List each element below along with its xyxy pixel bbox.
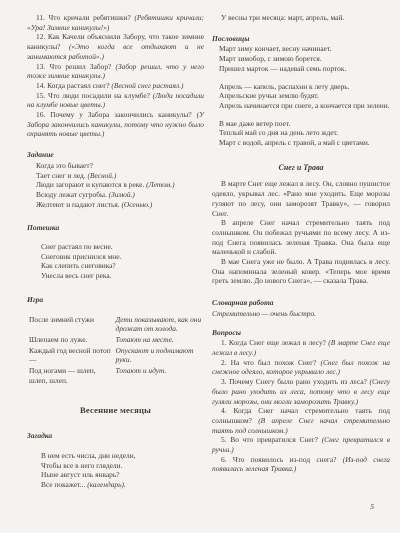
story-paragraph: В апреле Снег начал стремительно таять п…: [212, 218, 390, 257]
proverbs-april: Апрель — капель, распахни к лету дверь. …: [212, 82, 390, 111]
game-verse: Шлепаем по луже.: [27, 335, 112, 345]
game-action: Опускают и поднимают руки.: [112, 346, 204, 365]
qa-item: 6. Что появилось из-под снега? (Из-под с…: [212, 455, 390, 474]
zadanie-item: Всюду лежат сугробы. (Зимой.): [27, 190, 204, 200]
story-paragraph: В мае Снега уже не было. А Трава подняла…: [212, 257, 390, 286]
zadanie-item: Люди загорают и купаются в реке. (Летом.…: [27, 180, 204, 190]
page-number: 5: [370, 502, 374, 511]
answer-text: (Весной снег растаял.): [111, 81, 183, 90]
poteshka-title: Потешка: [27, 223, 204, 233]
game-table: После зимней стужи Дети показывают, как …: [27, 315, 204, 386]
qa-item: 11. Что кричали ребятишки? (Ребятишки кр…: [27, 13, 204, 32]
book-page: 11. Что кричали ребятишки? (Ребятишки кр…: [0, 0, 400, 533]
riddle-answer: (календарь).: [87, 480, 126, 489]
answer-text: (Летом.): [146, 180, 174, 189]
question-text: 11. Что кричали ребятишки?: [36, 13, 134, 22]
question-text: 3. Почему Снегу было рано уходить из лес…: [221, 377, 369, 386]
task-text: Всюду лежат сугробы.: [36, 190, 109, 199]
verse-line: Как слепить снеговика?: [41, 261, 204, 271]
game-row: Под ногами — шлеп, шлеп, шлеп. Топают и …: [27, 366, 204, 385]
zadanie-item: Желтеют и падают листья. (Осенью.): [27, 200, 204, 210]
zadanie-item: Тает снег и лед. (Весной.): [27, 171, 204, 181]
answer-text: (Весной.): [88, 171, 117, 180]
game-row: После зимней стужи Дети показывают, как …: [27, 315, 204, 334]
zadanie-intro: Когда это бывает?: [27, 161, 204, 171]
proverb: Март зимобор, с зимою борется.: [212, 54, 390, 64]
proverb: Апрель начинается при снеге, а кончается…: [212, 101, 390, 111]
zagadka-verse: В нем есть числа, дни недели, Чтобы все …: [27, 451, 204, 490]
voprosy-title: Вопросы: [212, 328, 390, 338]
slovarnaya-title: Словарная работа: [212, 298, 390, 308]
question-text: 2. На что был похож Снег?: [221, 358, 321, 367]
game-action: Топают на месте.: [112, 335, 204, 345]
question-text: 1. Когда Снег еще лежал в лесу?: [221, 338, 328, 347]
verse-line: Снеговик приснился мне.: [41, 252, 204, 262]
task-text: Тает снег и лед.: [36, 171, 88, 180]
proverb: Март зиму кончает, весну начинает.: [212, 44, 390, 54]
poslovitsy-title: Пословицы: [212, 34, 390, 44]
qa-item: 14. Когда растаял снег? (Весной снег рас…: [27, 81, 204, 91]
verse-line: Снег растаял по весне.: [41, 242, 204, 252]
game-verse: После зимней стужи: [27, 315, 112, 334]
qa-item: 5. Во что превратился Снег? (Снег превра…: [212, 435, 390, 454]
game-action: Топают и идут.: [112, 366, 204, 385]
question-text: 15. Что люди посадили на клумбе?: [36, 91, 153, 100]
answer-text: (Осенью.): [121, 200, 152, 209]
zagadka-title: Загадка: [27, 431, 204, 441]
qa-item: 1. Когда Снег еще лежал в лесу? (В марте…: [212, 338, 390, 357]
question-text: 5. Во что превратился Снег?: [221, 435, 322, 444]
answer-text: (Зимой.): [109, 190, 135, 199]
qa-item: 2. На что был похож Снег? (Снег был похо…: [212, 358, 390, 377]
verse-line: Чтобы все в него глядели.: [41, 461, 204, 471]
proverb: Апрельские ручьи землю будят.: [212, 91, 390, 101]
igra-title: Игра: [27, 295, 204, 305]
verse-line: В нем есть числа, дни недели,: [41, 451, 204, 461]
verse-line: Ныне август иль январь?: [41, 470, 204, 480]
proverb: Теплый май со дня на день лето ждет.: [212, 128, 390, 138]
qa-item: 13. Что решил Забор? (Забор решил, что у…: [27, 62, 204, 81]
question-text: 16. Почему у Забора закончились каникулы…: [36, 110, 197, 119]
spring-intro: У весны три месяца: март, апрель, май.: [212, 13, 390, 23]
left-column: 11. Что кричали ребятишки? (Ребятишки кр…: [27, 13, 204, 490]
proverb: В мае даже ветер поет.: [212, 119, 390, 129]
proverb: Апрель — капель, распахни к лету дверь.: [212, 82, 390, 92]
verse-line: Унесла весь снег река.: [41, 271, 204, 281]
proverbs-may: В мае даже ветер поет. Теплый май со дня…: [212, 119, 390, 148]
story-paragraph: В марте Снег еще лежал в лесу. Он, словн…: [212, 179, 390, 218]
section-heading: Весенние месяцы: [27, 406, 204, 416]
poteshka-verse: Снег растаял по весне. Снеговик приснилс…: [27, 242, 204, 281]
verse-line: Все покажет... (календарь).: [41, 480, 204, 490]
game-verse: Каждый год весной потоп —: [27, 346, 112, 365]
proverb: Март с водой, апрель с травой, а май с ц…: [212, 138, 390, 148]
question-text: 14. Когда растаял снег?: [36, 81, 111, 90]
proverb: Пришел марток — надевай семь порток.: [212, 64, 390, 74]
question-text: 6. Что появилось из-под снега?: [221, 455, 343, 464]
proverbs-march: Март зиму кончает, весну начинает. Март …: [212, 44, 390, 73]
qa-item: 4. Когда Снег начал стремительно таять п…: [212, 406, 390, 435]
game-verse: Под ногами — шлеп, шлеп, шлеп.: [27, 366, 112, 385]
qa-item: 16. Почему у Забора закончились каникулы…: [27, 110, 204, 139]
task-text: Желтеют и падают листья.: [36, 200, 121, 209]
task-text: Люди загорают и купаются в реке.: [36, 180, 146, 189]
right-column: У весны три месяца: март, апрель, май. П…: [212, 13, 390, 474]
zadanie-title: Задание: [27, 150, 204, 160]
story-title: Снег и Трава: [212, 163, 390, 173]
qa-item: 3. Почему Снегу было рано уходить из лес…: [212, 377, 390, 406]
qa-item: 12. Как Качели объяснили Забору, что так…: [27, 32, 204, 61]
question-text: 13. Что решил Забор?: [36, 62, 116, 71]
qa-item: 15. Что люди посадили на клумбе? (Люди п…: [27, 91, 204, 110]
game-row: Шлепаем по луже. Топают на месте.: [27, 335, 204, 345]
game-action: Дети показывают, как они дрожат от холод…: [112, 315, 204, 334]
vocabulary-entry: Стремительно — очень быстро.: [212, 309, 390, 319]
verse-text: Все покажет...: [41, 480, 87, 489]
game-row: Каждый год весной потоп — Опускают и под…: [27, 346, 204, 365]
